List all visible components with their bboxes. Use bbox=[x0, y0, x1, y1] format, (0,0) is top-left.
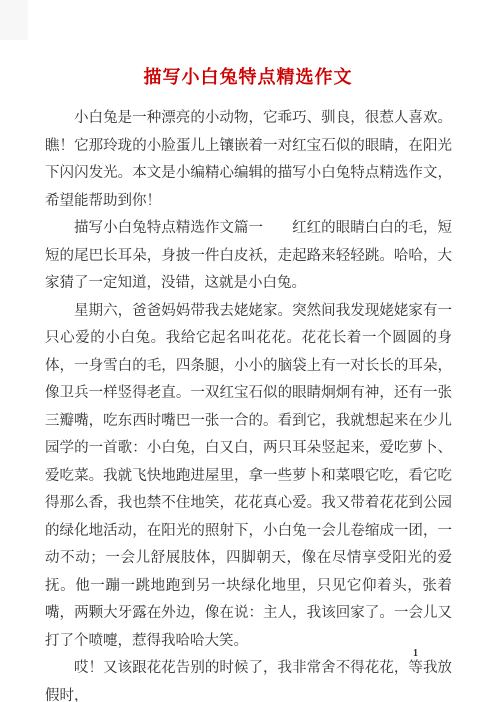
paragraph-farewell: 哎！又该跟花花告别的时候了，我非常舍不得花花，等我放假时， bbox=[45, 655, 452, 702]
paragraph-intro: 小白兔是一种漂亮的小动物，它乖巧、驯良，很惹人喜欢。瞧！它那玲珑的小脸蛋儿上镶嵌… bbox=[45, 105, 452, 215]
scan-corner-artifact bbox=[0, 0, 28, 40]
document-page: 描写小白兔特点精选作文 小白兔是一种漂亮的小动物，它乖巧、驯良，很惹人喜欢。瞧！… bbox=[0, 0, 496, 702]
page-number: 1 bbox=[413, 648, 418, 659]
document-body: 小白兔是一种漂亮的小动物，它乖巧、驯良，很惹人喜欢。瞧！它那玲珑的小脸蛋儿上镶嵌… bbox=[45, 105, 452, 702]
document-title: 描写小白兔特点精选作文 bbox=[0, 0, 496, 90]
paragraph-section-one-heading: 描写小白兔特点精选作文篇一 红红的眼睛白白的毛，短短的尾巴长耳朵，身披一件白皮袄… bbox=[45, 215, 452, 298]
paragraph-story: 星期六，爸爸妈妈带我去姥姥家。突然间我发现姥姥家有一只心爱的小白兔。我给它起名叫… bbox=[45, 298, 452, 656]
